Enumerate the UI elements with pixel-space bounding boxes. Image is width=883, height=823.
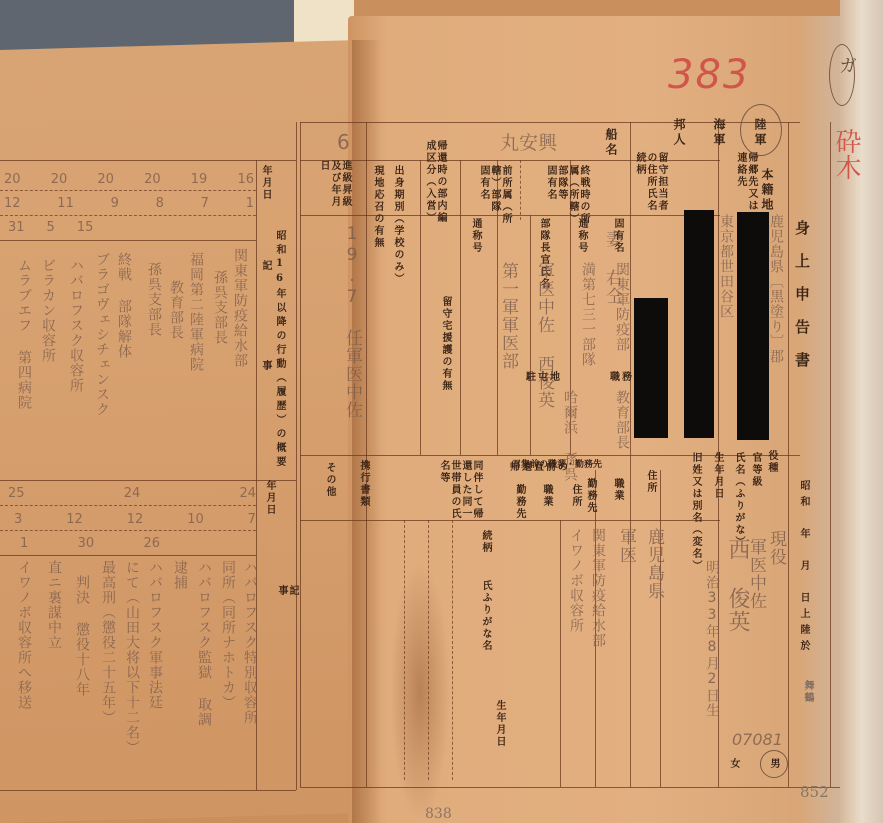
landing-place-stamp: 舞鶴 bbox=[802, 680, 813, 704]
label-previous-unit: 前所属（所轄）部隊 固有名 bbox=[478, 165, 511, 225]
rule-bottom bbox=[300, 787, 840, 788]
unit-code-value: 満第七三一部隊 bbox=[578, 262, 598, 367]
label-unit-name: 固有名 bbox=[612, 218, 623, 254]
left-rule-bottom bbox=[0, 790, 296, 791]
left-rule-2 bbox=[0, 240, 256, 241]
month: 7 bbox=[248, 512, 256, 527]
label-return-address: 住所 bbox=[570, 484, 581, 508]
month: 12 bbox=[4, 196, 21, 211]
month: 12 bbox=[127, 512, 144, 527]
page-number-left: 838 bbox=[425, 806, 452, 822]
day: 31 bbox=[8, 220, 25, 235]
label-honseki: 本籍地 bbox=[760, 168, 773, 213]
record-entry: 終戦 部隊解体 bbox=[114, 252, 134, 359]
month: 1 bbox=[246, 196, 254, 211]
day: 26 bbox=[143, 536, 160, 551]
rule-v1 bbox=[366, 122, 367, 787]
top-date-months: 12 11 9 8 7 1 bbox=[4, 196, 254, 211]
label-return-occupation: 職業 bbox=[541, 484, 552, 508]
rule-v11 bbox=[560, 520, 561, 787]
honseki-value: 鹿児島県〔黒塗り〕郡 bbox=[766, 214, 786, 364]
record-entry: 逮捕 bbox=[170, 560, 190, 590]
label-name: 氏名（ふりがな） bbox=[733, 452, 744, 548]
record-entry: ハバロフスク監獄 取調 bbox=[194, 560, 214, 727]
division-value: 6 bbox=[337, 130, 350, 154]
binding-shadow bbox=[352, 40, 382, 823]
label-companions: 同伴して帰還した同一世帯員の氏名等 bbox=[438, 460, 482, 530]
label-record-bottom: 記事 bbox=[276, 585, 298, 823]
rule-left bbox=[300, 122, 301, 787]
label-pre-workplace: 勤務先 bbox=[585, 478, 596, 514]
bottom-date-months: 3 12 12 10 7 bbox=[14, 512, 256, 527]
day: 1 bbox=[20, 536, 28, 551]
left-page bbox=[0, 40, 360, 823]
unit-name-value: 関東軍防疫部 bbox=[612, 262, 632, 352]
col-name-furigana: 氏ふりがな名 bbox=[480, 580, 491, 652]
label-date-top: 年月日 bbox=[260, 165, 271, 201]
record-entry: ハバロフスク収容所 bbox=[66, 258, 86, 393]
record-entry: 直ニ裏謀中立 bbox=[44, 560, 64, 650]
month: 7 bbox=[201, 196, 209, 211]
left-dash-3 bbox=[0, 505, 256, 506]
label-local-call-up: 現地応召の有無 bbox=[372, 165, 383, 249]
record-entry: 孫呉支部長 bbox=[144, 262, 164, 337]
bottom-date-days: 1 30 26 bbox=[20, 536, 160, 551]
redaction-block bbox=[684, 210, 714, 438]
rule-mid bbox=[300, 455, 800, 456]
document-title: 身上申告書 bbox=[795, 220, 808, 385]
col-relation: 続柄 bbox=[480, 530, 491, 554]
label-return-workplace: 勤務先 bbox=[514, 484, 525, 520]
label-prev-code: 通称号 bbox=[470, 218, 481, 254]
label-home-guardian: 留守担当者の住所氏名続柄 bbox=[634, 152, 667, 218]
sex-female[interactable]: 女 bbox=[728, 758, 739, 770]
label-unit-code: 通称号 bbox=[576, 218, 587, 254]
circled-mark bbox=[829, 44, 855, 106]
army-selected-circle bbox=[740, 104, 782, 156]
ship-name-value: 丸安興 bbox=[500, 128, 557, 155]
left-dash-2 bbox=[0, 215, 256, 216]
label-return-contact: 帰郷先又は連絡先 bbox=[697, 152, 757, 212]
year: 19 bbox=[191, 172, 208, 187]
year: 20 bbox=[144, 172, 161, 187]
rule-v2 bbox=[420, 160, 421, 455]
record-entry: 関東軍防疫給水部 bbox=[230, 248, 250, 368]
id-number-handwritten: 07081 bbox=[732, 730, 783, 749]
year: 24 bbox=[239, 486, 256, 501]
record-entry: イワノボ収容所へ移送 bbox=[14, 560, 34, 710]
rule-v10 bbox=[830, 122, 831, 787]
rule-lower-label bbox=[300, 520, 720, 521]
year: 20 bbox=[4, 172, 21, 187]
contact-value: 東京都世田谷区 bbox=[716, 214, 736, 319]
label-unit-at-end: 終戦時の所属（所轄）部隊等 固有名 bbox=[545, 165, 589, 225]
section-title: 昭和16年以降の行動（履歴）の概要 bbox=[274, 230, 285, 470]
record-entry: ハバロフスク軍事法廷 bbox=[145, 560, 165, 710]
rule-v13 bbox=[660, 470, 661, 787]
record-entry: ハバロフスク特別収容所 bbox=[240, 560, 260, 725]
label-home-support: 留守宅援護の有無 bbox=[440, 296, 451, 392]
label-graduation-class: 出身期別（学校のみ） bbox=[392, 165, 403, 285]
dash-v1 bbox=[404, 520, 405, 780]
branch-civilian: 邦人 bbox=[672, 118, 685, 148]
duty-value: 教育部長 bbox=[612, 390, 632, 450]
year: 20 bbox=[97, 172, 114, 187]
month: 11 bbox=[57, 196, 74, 211]
month: 9 bbox=[111, 196, 119, 211]
pre-address-value: 鹿児島県 bbox=[642, 528, 667, 600]
left-rule-top bbox=[0, 160, 296, 161]
label-pre-address: 住所 bbox=[645, 470, 656, 494]
record-entry: 判決 懲役十八年 bbox=[72, 575, 92, 697]
red-stamp-right: 砕木 bbox=[828, 128, 865, 180]
month: 10 bbox=[187, 512, 204, 527]
record-entry: 福岡第二陸軍病院 bbox=[186, 252, 206, 372]
label-date-bottom: 年月日 bbox=[264, 480, 275, 516]
redaction-block bbox=[634, 298, 668, 438]
ship-name-label: 船名 bbox=[604, 128, 617, 158]
day: 15 bbox=[77, 220, 94, 235]
label-return-division: 帰還時の部内編成区分（入営） bbox=[424, 140, 446, 230]
page-edges bbox=[840, 0, 883, 823]
top-date-days: 31 5 15 bbox=[8, 220, 128, 235]
serial-number-red: 383 bbox=[668, 52, 750, 98]
pre-workplace-value: 関東軍防疫給水部 bbox=[588, 528, 608, 648]
bottom-date-years: 25 24 24 bbox=[8, 486, 256, 501]
record-entry: にて（山田大将以下十二名） bbox=[122, 560, 142, 755]
record-entry: ブラゴヴェシチェンスク bbox=[92, 252, 112, 417]
label-record-top: 記事 bbox=[260, 260, 271, 460]
month: 8 bbox=[156, 196, 164, 211]
label-pre-occupation: 職業 bbox=[612, 478, 623, 502]
stain-shadow bbox=[390, 560, 450, 823]
label-promotion: 進級昇級及び年月日 bbox=[318, 160, 351, 218]
record-entry: ビラカン収容所 bbox=[38, 258, 58, 363]
branch-navy: 海軍 bbox=[712, 118, 725, 148]
col-birth-date: 生年月日 bbox=[494, 700, 505, 748]
record-entry: 最高刑（懲役二十五年） bbox=[98, 560, 118, 725]
year: 25 bbox=[8, 486, 25, 501]
label-other: その他 bbox=[324, 462, 335, 498]
header-date-line: 昭和 年 月 日上陸於 bbox=[798, 480, 809, 656]
label-pre-return-group: 帰還直前の bbox=[510, 462, 570, 473]
previous-unit-value: 第一軍軍医部 bbox=[496, 262, 521, 370]
year: 16 bbox=[237, 172, 254, 187]
left-rule-4 bbox=[0, 555, 256, 556]
month: 3 bbox=[14, 512, 22, 527]
return-workplace-value: イワノボ収容所 bbox=[566, 528, 586, 633]
dash-v4 bbox=[520, 160, 521, 220]
left-rule-3 bbox=[0, 480, 296, 481]
circled-mark-text: ガ bbox=[833, 56, 859, 75]
label-belongings: 携行書類 bbox=[358, 460, 369, 508]
commander-value: 軍医中佐 西俊英 bbox=[532, 262, 557, 409]
page-number: 852 bbox=[800, 783, 829, 801]
rule-v3 bbox=[460, 160, 461, 455]
label-service-type: 役種 bbox=[766, 450, 777, 474]
rule-v9 bbox=[788, 122, 789, 787]
rule-v5 bbox=[530, 215, 531, 455]
pre-occupation-value: 軍医 bbox=[614, 528, 639, 564]
record-entry: 教育部長 bbox=[166, 280, 186, 340]
name-value: 西 俊英 bbox=[722, 538, 753, 633]
year: 24 bbox=[124, 486, 141, 501]
record-entry: 孫呉支部長 bbox=[210, 270, 230, 345]
label-garrison: 駐屯地 bbox=[526, 372, 562, 383]
top-date-years: 20 20 20 20 19 16 bbox=[4, 172, 254, 187]
rule-v7 bbox=[630, 122, 631, 787]
label-duty: 職務 bbox=[610, 372, 634, 383]
record-entry: 同所（同所ナホトカ） bbox=[218, 560, 238, 710]
day: 5 bbox=[47, 220, 55, 235]
day: 30 bbox=[78, 536, 95, 551]
male-selected-circle bbox=[760, 750, 788, 778]
label-birth-date: 生年月日 bbox=[712, 452, 723, 500]
dash-v3 bbox=[452, 520, 453, 780]
birth-date-value: 明治33年8月2日生 bbox=[702, 560, 722, 718]
promotion-value: 19.7 任軍医中佐 bbox=[340, 224, 365, 419]
month: 12 bbox=[66, 512, 83, 527]
left-dash-4 bbox=[0, 530, 256, 531]
year: 20 bbox=[51, 172, 68, 187]
label-alias: 旧姓又は別名（変名） bbox=[690, 452, 701, 572]
left-dash-1 bbox=[0, 190, 256, 191]
record-entry: ムラブエフ 第四病院 bbox=[14, 258, 34, 410]
dash-v2 bbox=[428, 520, 429, 780]
redaction-block bbox=[737, 212, 769, 440]
label-rank: 官等級 bbox=[750, 452, 761, 488]
